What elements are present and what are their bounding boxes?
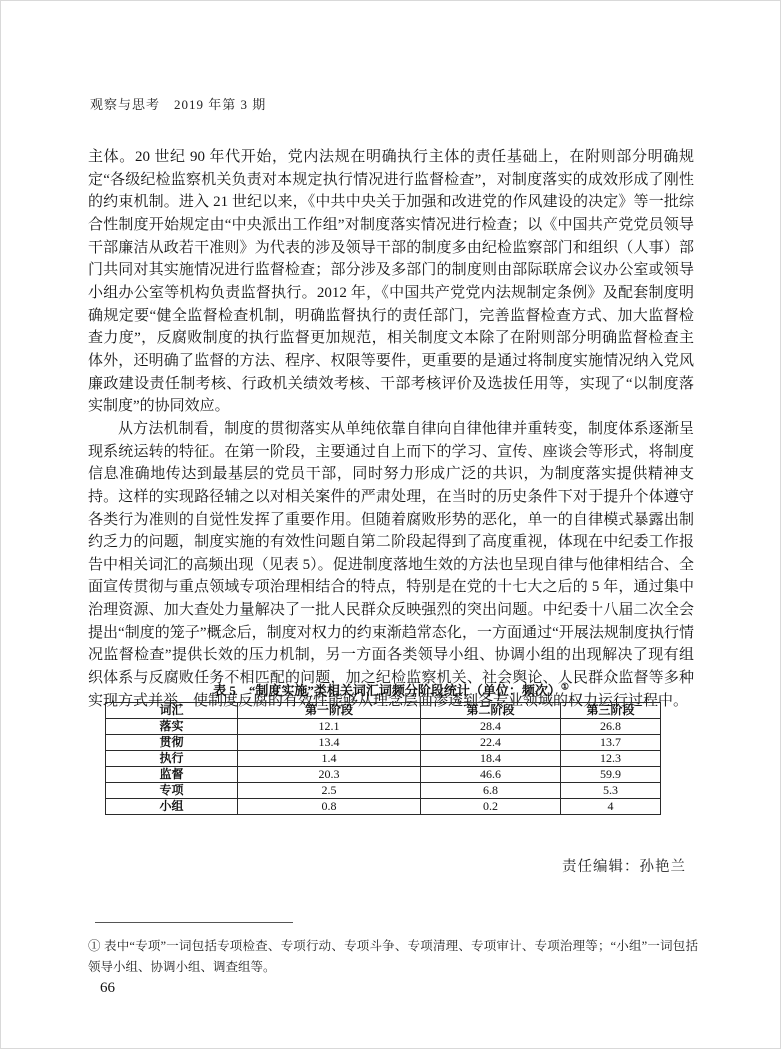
cell-value: 46.6 [421,767,561,783]
cell-value: 26.8 [561,719,661,735]
cell-word: 小组 [106,799,238,815]
body-text: 主体。20 世纪 90 年代开始，党内法规在明确执行主体的责任基础上，在附则部分… [88,146,694,712]
cell-value: 22.4 [421,735,561,751]
table-row: 专项 2.5 6.8 5.3 [106,783,661,799]
paragraph-1: 主体。20 世纪 90 年代开始，党内法规在明确执行主体的责任基础上，在附则部分… [88,146,694,418]
word-frequency-table: 词汇 第一阶段 第二阶段 第三阶段 落实 12.1 28.4 26.8 贯彻 1… [105,702,661,815]
cell-value: 20.3 [238,767,421,783]
journal-page: 观察与思考 2019 年第 3 期 主体。20 世纪 90 年代开始，党内法规在… [0,0,781,1049]
cell-value: 12.1 [238,719,421,735]
paragraph-2: 从方法机制看，制度的贯彻落实从单纯依靠自律向自律他律并重转变，制度体系逐渐呈现系… [88,418,694,713]
page-number: 66 [100,980,115,997]
table-row: 小组 0.8 0.2 4 [106,799,661,815]
cell-value: 4 [561,799,661,815]
footnote-marker: ① [88,939,101,953]
cell-word: 执行 [106,751,238,767]
cell-value: 59.9 [561,767,661,783]
header-stage1: 第一阶段 [238,703,421,719]
table-row: 贯彻 13.4 22.4 13.7 [106,735,661,751]
cell-value: 28.4 [421,719,561,735]
table-row: 落实 12.1 28.4 26.8 [106,719,661,735]
cell-value: 0.8 [238,799,421,815]
cell-value: 5.3 [561,783,661,799]
footnote-text: 表中“专项”一词包括专项检查、专项行动、专项斗争、专项清理、专项审计、专项治理等… [88,939,698,974]
cell-value: 13.7 [561,735,661,751]
table-caption: 表 5 “制度实施”类相关词汇词频分阶段统计（单位：频次）① [88,680,694,699]
cell-word: 贯彻 [106,735,238,751]
cell-value: 1.4 [238,751,421,767]
header-stage3: 第三阶段 [561,703,661,719]
cell-value: 18.4 [421,751,561,767]
header-stage2: 第二阶段 [421,703,561,719]
cell-value: 0.2 [421,799,561,815]
table-row: 执行 1.4 18.4 12.3 [106,751,661,767]
cell-value: 2.5 [238,783,421,799]
footnote-ref-icon: ① [561,682,569,692]
cell-word: 监督 [106,767,238,783]
cell-word: 专项 [106,783,238,799]
table-row: 监督 20.3 46.6 59.9 [106,767,661,783]
editor-credit: 责任编辑：孙艳兰 [562,855,686,876]
cell-value: 6.8 [421,783,561,799]
header-word: 词汇 [106,703,238,719]
cell-word: 落实 [106,719,238,735]
footnote: ① 表中“专项”一词包括专项检查、专项行动、专项斗争、专项清理、专项审计、专项治… [88,936,698,977]
cell-value: 13.4 [238,735,421,751]
table-header-row: 词汇 第一阶段 第二阶段 第三阶段 [106,703,661,719]
journal-header: 观察与思考 2019 年第 3 期 [90,94,266,113]
table-caption-text: 表 5 “制度实施”类相关词汇词频分阶段统计（单位：频次） [213,683,561,698]
cell-value: 12.3 [561,751,661,767]
footnote-divider [95,922,293,923]
